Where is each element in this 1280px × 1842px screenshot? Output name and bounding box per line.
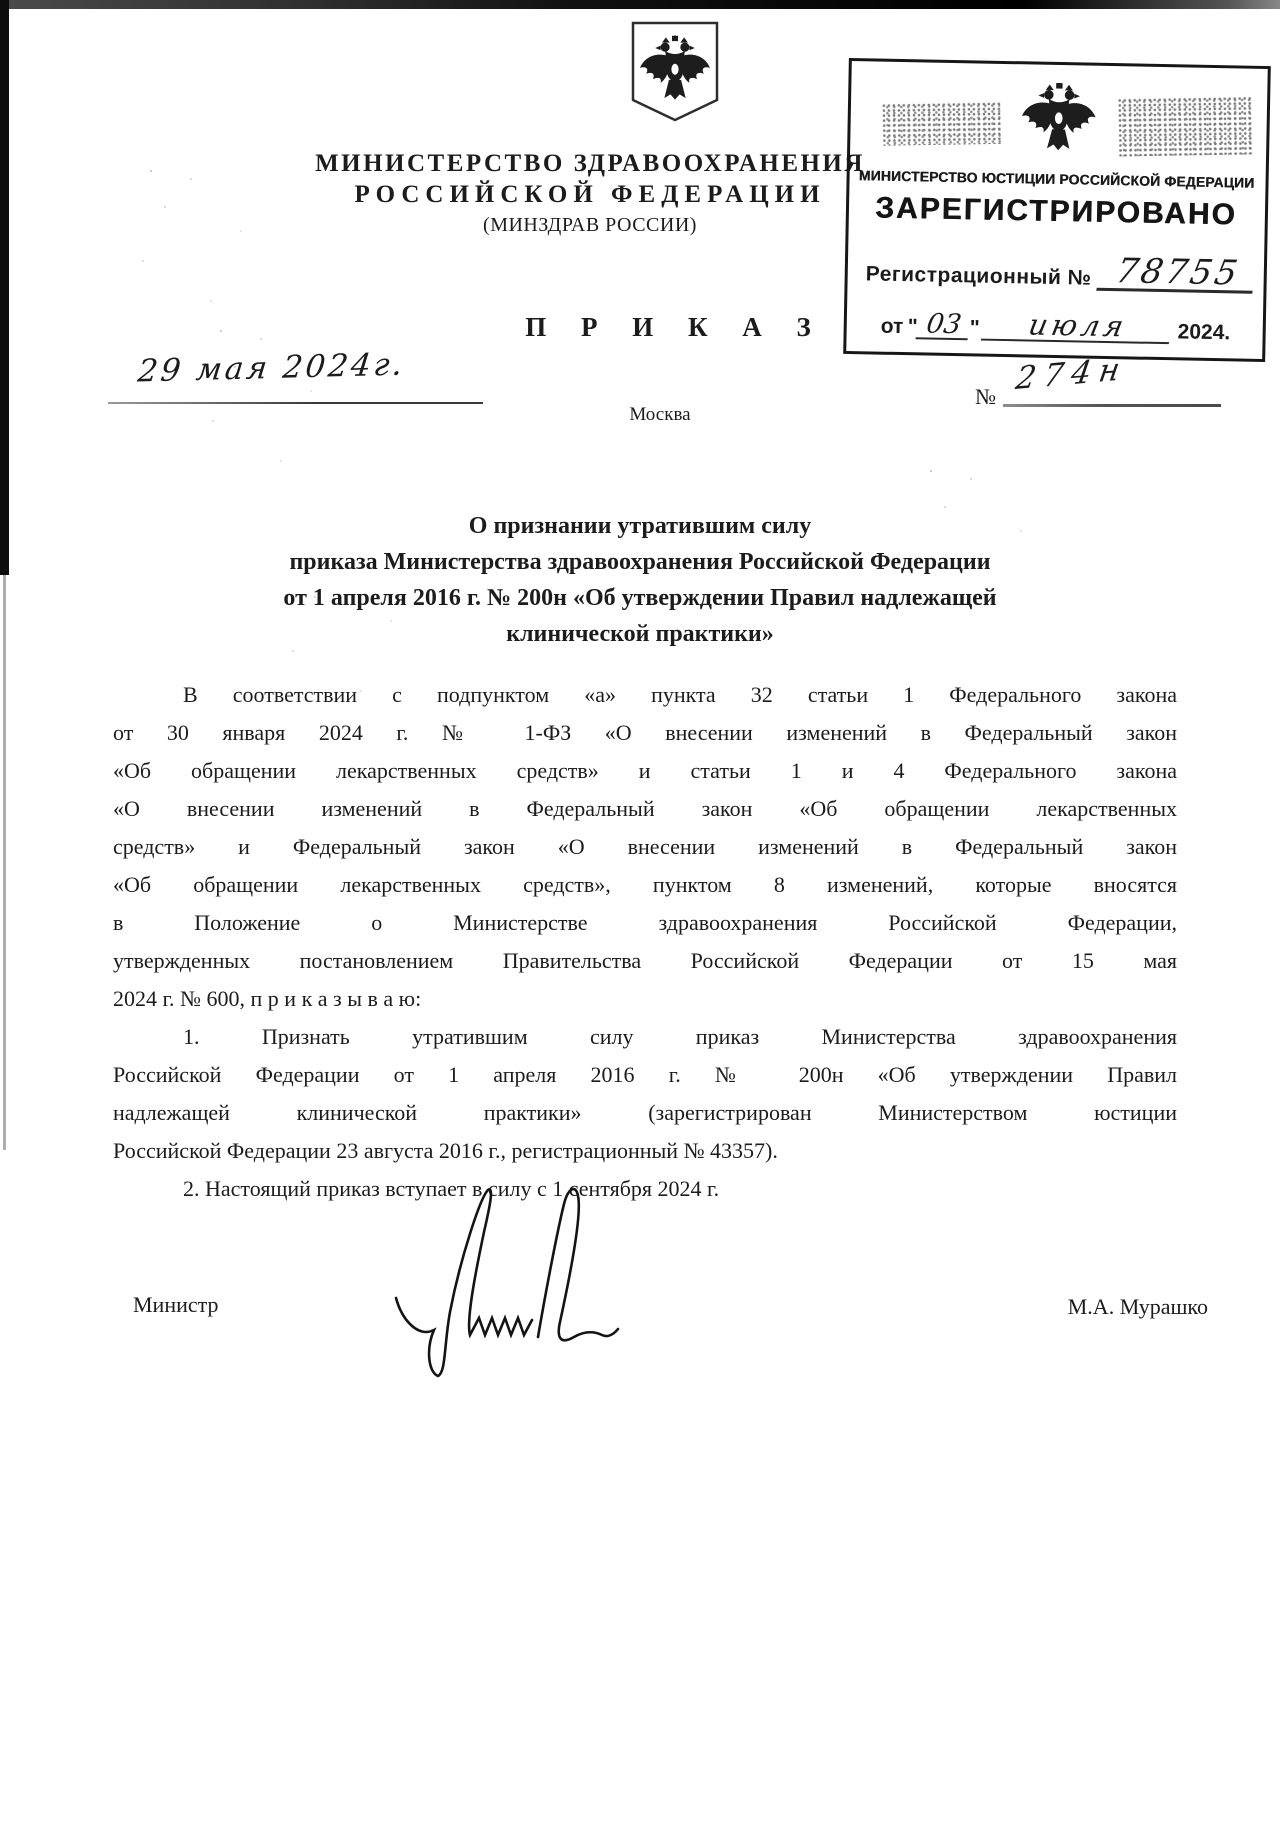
minister-signature [388,1180,688,1385]
body-line: 1. Признать утратившим силу приказ Минис… [113,1018,1177,1056]
order-date-handwritten: 29 мая 2024г. [136,346,407,389]
body-line: Российской Федерации от 1 апреля 2016 г.… [113,1056,1177,1094]
title-line: от 1 апреля 2016 г. № 200н «Об утвержден… [160,580,1120,616]
justice-registration-stamp: МИНИСТЕРСТВО ЮСТИЦИИ РОССИЙСКОЙ ФЕДЕРАЦИ… [843,58,1271,362]
body-line: 2024 г. № 600, п р и к а з ы в а ю: [113,980,1177,1018]
number-underline [1003,404,1221,407]
title-line: клинической практики» [160,616,1120,652]
justice-eagle-icon [1018,80,1099,158]
order-title: О признании утратившим силу приказа Мини… [160,508,1120,652]
scan-edge-top [0,0,1280,9]
date-underline [108,402,483,404]
body-line: «О внесении изменений в Федеральный зако… [113,790,1177,828]
order-number-label: № [975,384,996,410]
scanned-order-document: { "header": { "line1": "МИНИСТЕРСТВО ЗДР… [0,0,1280,1842]
ministry-header: МИНИСТЕРСТВО ЗДРАВООХРАНЕНИЯ РОССИЙСКОЙ … [250,148,930,239]
body-line: «Об обращении лекарственных средств», пу… [113,866,1177,904]
city-label: Москва [560,404,760,426]
body-line: Российской Федерации 23 августа 2016 г.,… [113,1132,1177,1170]
order-number-handwritten: 274н [1013,351,1130,397]
ministry-name-line2: РОССИЙСКОЙ ФЕДЕРАЦИИ [250,179,930,210]
body-line: «Об обращении лекарственных средств» и с… [113,752,1177,790]
document-type-heading: П Р И К А З [450,312,900,343]
stamp-quote-close: " [969,316,979,340]
stamp-date-month-handwritten: июля [981,310,1175,344]
scan-speckle [150,170,152,172]
stamp-registration-number-row: Регистрационный № 78755 [865,249,1256,293]
stamp-reg-number-handwritten: 78755 [1096,254,1259,294]
order-body-text: В соответствии с подпунктом «а» пункта 3… [113,676,1177,1208]
scan-edge-left-faint [3,575,6,1150]
body-line: средств» и Федеральный закон «О внесении… [113,828,1177,866]
stamp-registered-label: ЗАРЕГИСТРИРОВАНО [849,191,1264,233]
scan-speckle [220,330,222,332]
body-line: в Положение о Министерстве здравоохранен… [113,904,1177,942]
scan-speckle [930,470,932,472]
title-line: приказа Министерства здравоохранения Рос… [160,544,1120,580]
body-line: утвержденных постановлением Правительств… [113,942,1177,980]
body-line: В соответствии с подпунктом «а» пункта 3… [113,676,1177,714]
stamp-date-row: от " 03 " июля 2024. [880,308,1251,346]
stamp-reg-number-label: Регистрационный № [865,262,1091,290]
stamp-date-year: 2024. [1177,320,1230,345]
russia-coat-of-arms-emblem [627,20,723,124]
ministry-name-line1: МИНИСТЕРСТВО ЗДРАВООХРАНЕНИЯ [250,148,930,179]
title-line: О признании утратившим силу [160,508,1120,544]
body-line: надлежащей клинической практики» (зареги… [113,1094,1177,1132]
stamp-date-day-handwritten: 03 [915,310,972,340]
stamp-ink-noise-right [1118,96,1253,156]
signer-name: М.А. Мурашко [950,1294,1208,1320]
scan-edge-left [0,0,9,575]
stamp-ink-noise-left [882,102,1001,146]
ministry-short-name: (МИНЗДРАВ РОССИИ) [250,212,930,239]
signer-position-label: Министр [133,1292,219,1318]
stamp-agency-name: МИНИСТЕРСТВО ЮСТИЦИИ РОССИЙСКОЙ ФЕДЕРАЦИ… [854,167,1260,191]
body-line: от 30 января 2024 г. № 1-ФЗ «О внесении … [113,714,1177,752]
